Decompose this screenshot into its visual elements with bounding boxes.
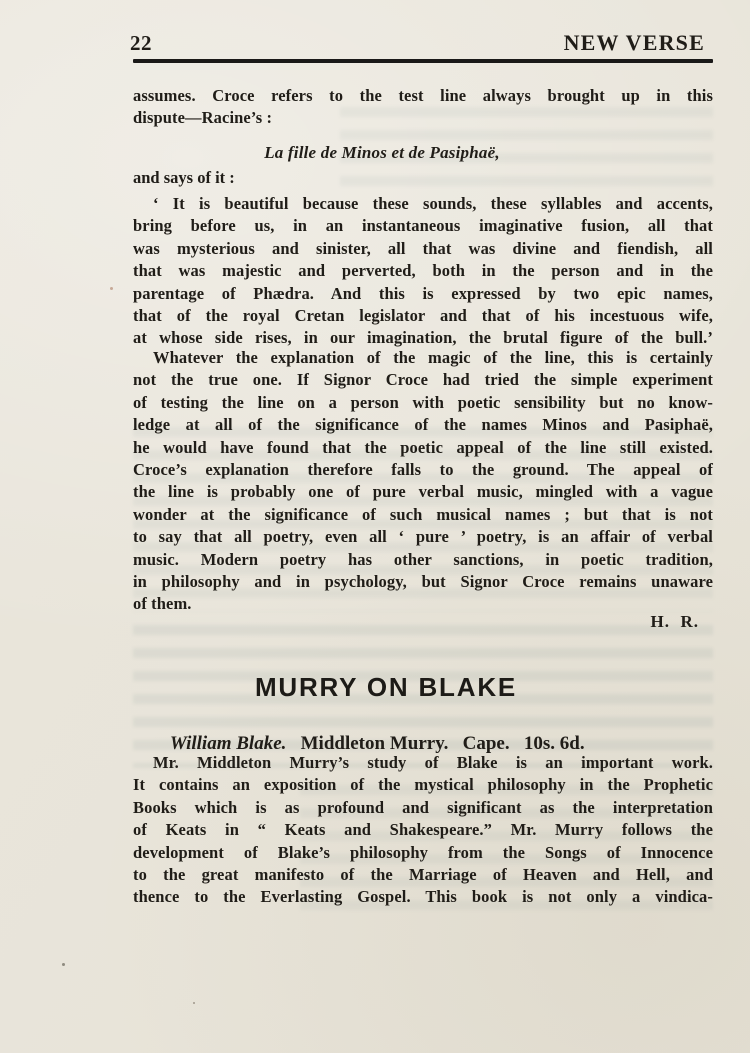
page-header: 22 NEW VERSE: [133, 30, 713, 56]
text-line: Books which is as profound and significa…: [133, 797, 713, 819]
text-line: It contains an exposition of the mystica…: [133, 774, 713, 796]
book-publisher-price: Middleton Murry. Cape. 10s. 6d.: [286, 733, 584, 754]
paper-speck: [110, 287, 113, 290]
verse-quotation: La fille de Minos et de Pasiphaë,: [133, 143, 713, 163]
paper-speck: [62, 963, 65, 966]
text-line: was mysterious and sinister, all that wa…: [133, 238, 713, 260]
text-line: to say that all poetry, even all ‘ pure …: [133, 526, 713, 548]
paragraph-croce-discussion: Whatever the explanation of the magic of…: [133, 347, 713, 616]
text-line: development of Blake’s philosophy from t…: [133, 842, 713, 864]
journal-title: NEW VERSE: [564, 30, 713, 56]
header-rule: [133, 59, 713, 63]
text-line: he would have found that the poetic appe…: [133, 437, 713, 459]
text-line: of testing the line on a person with poe…: [133, 392, 713, 414]
text-line: in philosophy and in psychology, but Sig…: [133, 571, 713, 593]
text-line: assumes. Croce refers to the test line a…: [133, 85, 713, 107]
text-line: dispute—Racine’s :: [133, 107, 713, 129]
paragraph-croce-opening: assumes. Croce refers to the test line a…: [133, 85, 713, 130]
text-line: bring before us, in an instantaneous ima…: [133, 215, 713, 237]
text-line: thence to the Everlasting Gospel. This b…: [133, 886, 713, 908]
book-title: William Blake.: [170, 733, 286, 754]
scanned-magazine-page: 22 NEW VERSE assumes. Croce refers to th…: [0, 0, 750, 1053]
text-line: Croce’s explanation therefore falls to t…: [133, 459, 713, 481]
text-line: that of the royal Cretan legislator and …: [133, 305, 713, 327]
text-line: to the great manifesto of the Marriage o…: [133, 864, 713, 886]
text-line: Whatever the explanation of the magic of…: [133, 347, 713, 369]
article-heading: MURRY ON BLAKE: [133, 672, 713, 703]
text-line: ledge at all of the significance of the …: [133, 414, 713, 436]
text-line: ‘ It is beautiful because these sounds, …: [133, 193, 713, 215]
says-of-it-line: and says of it :: [133, 168, 713, 188]
paragraph-murry-body: Mr. Middleton Murry’s study of Blake is …: [133, 752, 713, 909]
paper-speck: [193, 1002, 195, 1004]
page-number: 22: [130, 31, 152, 56]
text-line: music. Modern poetry has other sanctions…: [133, 549, 713, 571]
text-line: the line is probably one of pure verbal …: [133, 481, 713, 503]
text-line: parentage of Phædra. And this is express…: [133, 283, 713, 305]
paragraph-croce-quote: ‘ It is beautiful because these sounds, …: [133, 193, 713, 350]
text-line: wonder at the significance of such music…: [133, 504, 713, 526]
text-line: of Keats in “ Keats and Shakespeare.” Mr…: [133, 819, 713, 841]
text-line: not the true one. If Signor Croce had tr…: [133, 369, 713, 391]
reviewer-initials: H. R.: [133, 612, 713, 632]
text-line: that was majestic and perverted, both in…: [133, 260, 713, 282]
text-line: Mr. Middleton Murry’s study of Blake is …: [133, 752, 713, 774]
